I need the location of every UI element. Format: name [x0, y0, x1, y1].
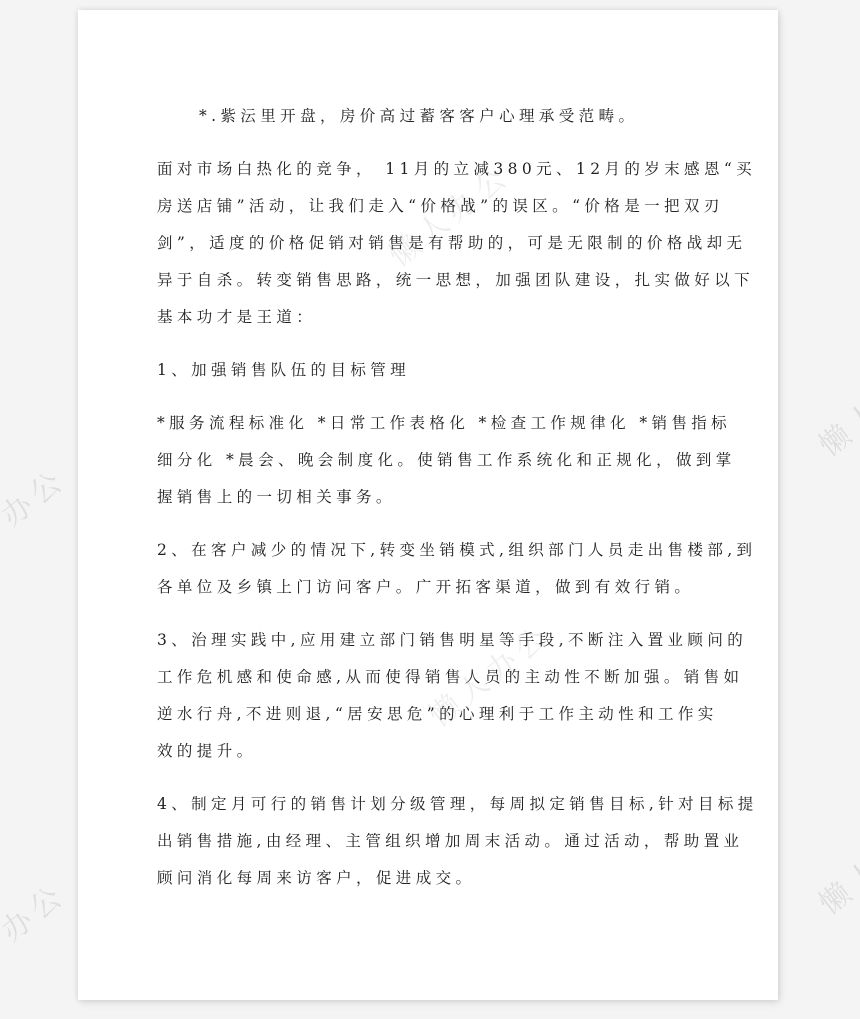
document-body: *.紫沄里开盘，房价高过蓄客客户心理承受范畴。 面对市场白热化的竞争， 11月的…: [157, 98, 697, 913]
text-line: 顾问消化每周来访客户，促进成交。: [157, 860, 697, 897]
text-line: 握销售上的一切相关事务。: [157, 479, 697, 516]
text-line: 工作危机感和使命感,从而使得销售人员的主动性不断加强。销售如: [157, 659, 697, 696]
heading-item-1: 1、加强销售队伍的目标管理: [157, 352, 697, 389]
text-line: 房送店铺”活动，让我们走入“价格战”的误区。“价格是一把双刃: [157, 188, 697, 225]
text-line: 效的提升。: [157, 733, 697, 770]
text-line: 各单位及乡镇上门访问客户。广开拓客渠道，做到有效行销。: [157, 569, 697, 606]
text-line: 出销售措施,由经理、主管组织增加周末活动。通过活动，帮助置业: [157, 823, 697, 860]
paragraph-standardization: *服务流程标准化 *日常工作表格化 *检查工作规律化 *销售指标 细分化 *晨会…: [157, 405, 697, 516]
text-line: *.紫沄里开盘，房价高过蓄客客户心理承受范畴。: [157, 98, 697, 135]
text-line: 3、治理实践中,应用建立部门销售明星等手段,不断注入置业顾问的: [157, 622, 697, 659]
text-line: 逆水行舟,不进则退,“居安思危”的心理利于工作主动性和工作实: [157, 696, 697, 733]
paragraph-item-4: 4、制定月可行的销售计划分级管理，每周拟定销售目标,针对目标提 出销售措施,由经…: [157, 786, 697, 897]
text-line: 细分化 *晨会、晚会制度化。使销售工作系统化和正规化，做到掌: [157, 442, 697, 479]
watermark-right-bottom: 懒人: [808, 844, 860, 923]
document-page: *.紫沄里开盘，房价高过蓄客客户心理承受范畴。 面对市场白热化的竞争， 11月的…: [78, 10, 778, 1000]
paragraph-bullet-intro: *.紫沄里开盘，房价高过蓄客客户心理承受范畴。: [157, 98, 697, 135]
watermark-left-top: 办公: [0, 456, 74, 535]
watermark-left-bottom: 办公: [0, 871, 74, 950]
paragraph-item-3: 3、治理实践中,应用建立部门销售明星等手段,不断注入置业顾问的 工作危机感和使命…: [157, 622, 697, 770]
text-line: 1、加强销售队伍的目标管理: [157, 352, 697, 389]
text-line: 面对市场白热化的竞争， 11月的立减380元、12月的岁末感恩“买: [157, 151, 697, 188]
text-line: 4、制定月可行的销售计划分级管理，每周拟定销售目标,针对目标提: [157, 786, 697, 823]
watermark-right-top: 懒人: [808, 386, 860, 465]
text-line: *服务流程标准化 *日常工作表格化 *检查工作规律化 *销售指标: [157, 405, 697, 442]
paragraph-item-2: 2、在客户减少的情况下,转变坐销模式,组织部门人员走出售楼部,到 各单位及乡镇上…: [157, 532, 697, 606]
text-line: 2、在客户减少的情况下,转变坐销模式,组织部门人员走出售楼部,到: [157, 532, 697, 569]
text-line: 剑”，适度的价格促销对销售是有帮助的，可是无限制的价格战却无: [157, 225, 697, 262]
text-line: 异于自杀。转变销售思路，统一思想，加强团队建设，扎实做好以下: [157, 262, 697, 299]
paragraph-price-war: 面对市场白热化的竞争， 11月的立减380元、12月的岁末感恩“买 房送店铺”活…: [157, 151, 697, 336]
text-line: 基本功才是王道：: [157, 299, 697, 336]
